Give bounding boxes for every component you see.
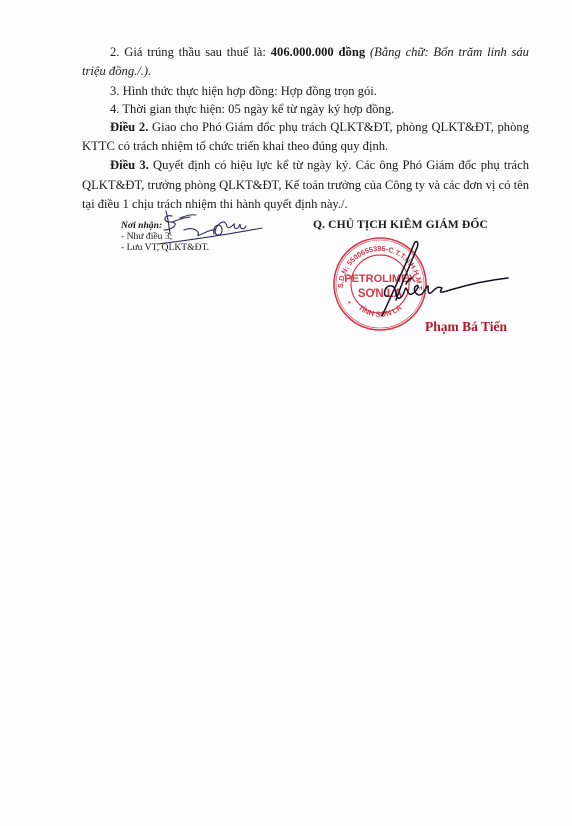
decision-body: 2. Giá trúng thầu sau thuế là: 406.000.0… [82, 43, 529, 214]
article-2: Điều 2. Giao cho Phó Giám đốc phụ trách … [82, 118, 529, 157]
director-signature-icon [380, 240, 510, 320]
initials-signature-icon [150, 208, 265, 248]
item-4-duration: 4. Thời gian thực hiện: 05 ngày kể từ ng… [82, 101, 529, 118]
document-page: 2. Giá trúng thầu sau thuế là: 406.000.0… [0, 0, 572, 826]
price-amount: 406.000.000 đồng [271, 45, 365, 59]
item-2-price: 2. Giá trúng thầu sau thuế là: 406.000.0… [82, 43, 529, 82]
article-3-text: Quyết định có hiệu lực kể từ ngày ký. Cá… [82, 158, 529, 211]
article-3: Điều 3. Quyết định có hiệu lực kể từ ngà… [82, 156, 529, 214]
svg-text:*: * [348, 301, 351, 308]
item-2-label: 2. Giá trúng thầu sau thuế là: [110, 45, 271, 59]
article-3-label: Điều 3. [110, 158, 149, 172]
signer-title: Q. CHỦ TỊCH KIÊM GIÁM ĐỐC [313, 218, 488, 231]
article-2-label: Điều 2. [110, 120, 148, 134]
item-3-contract-form: 3. Hình thức thực hiện hợp đồng: Hợp đồn… [82, 82, 529, 101]
article-2-text: Giao cho Phó Giám đốc phụ trách QLKT&ĐT,… [82, 120, 529, 153]
signer-name: Phạm Bá Tiến [425, 319, 507, 335]
